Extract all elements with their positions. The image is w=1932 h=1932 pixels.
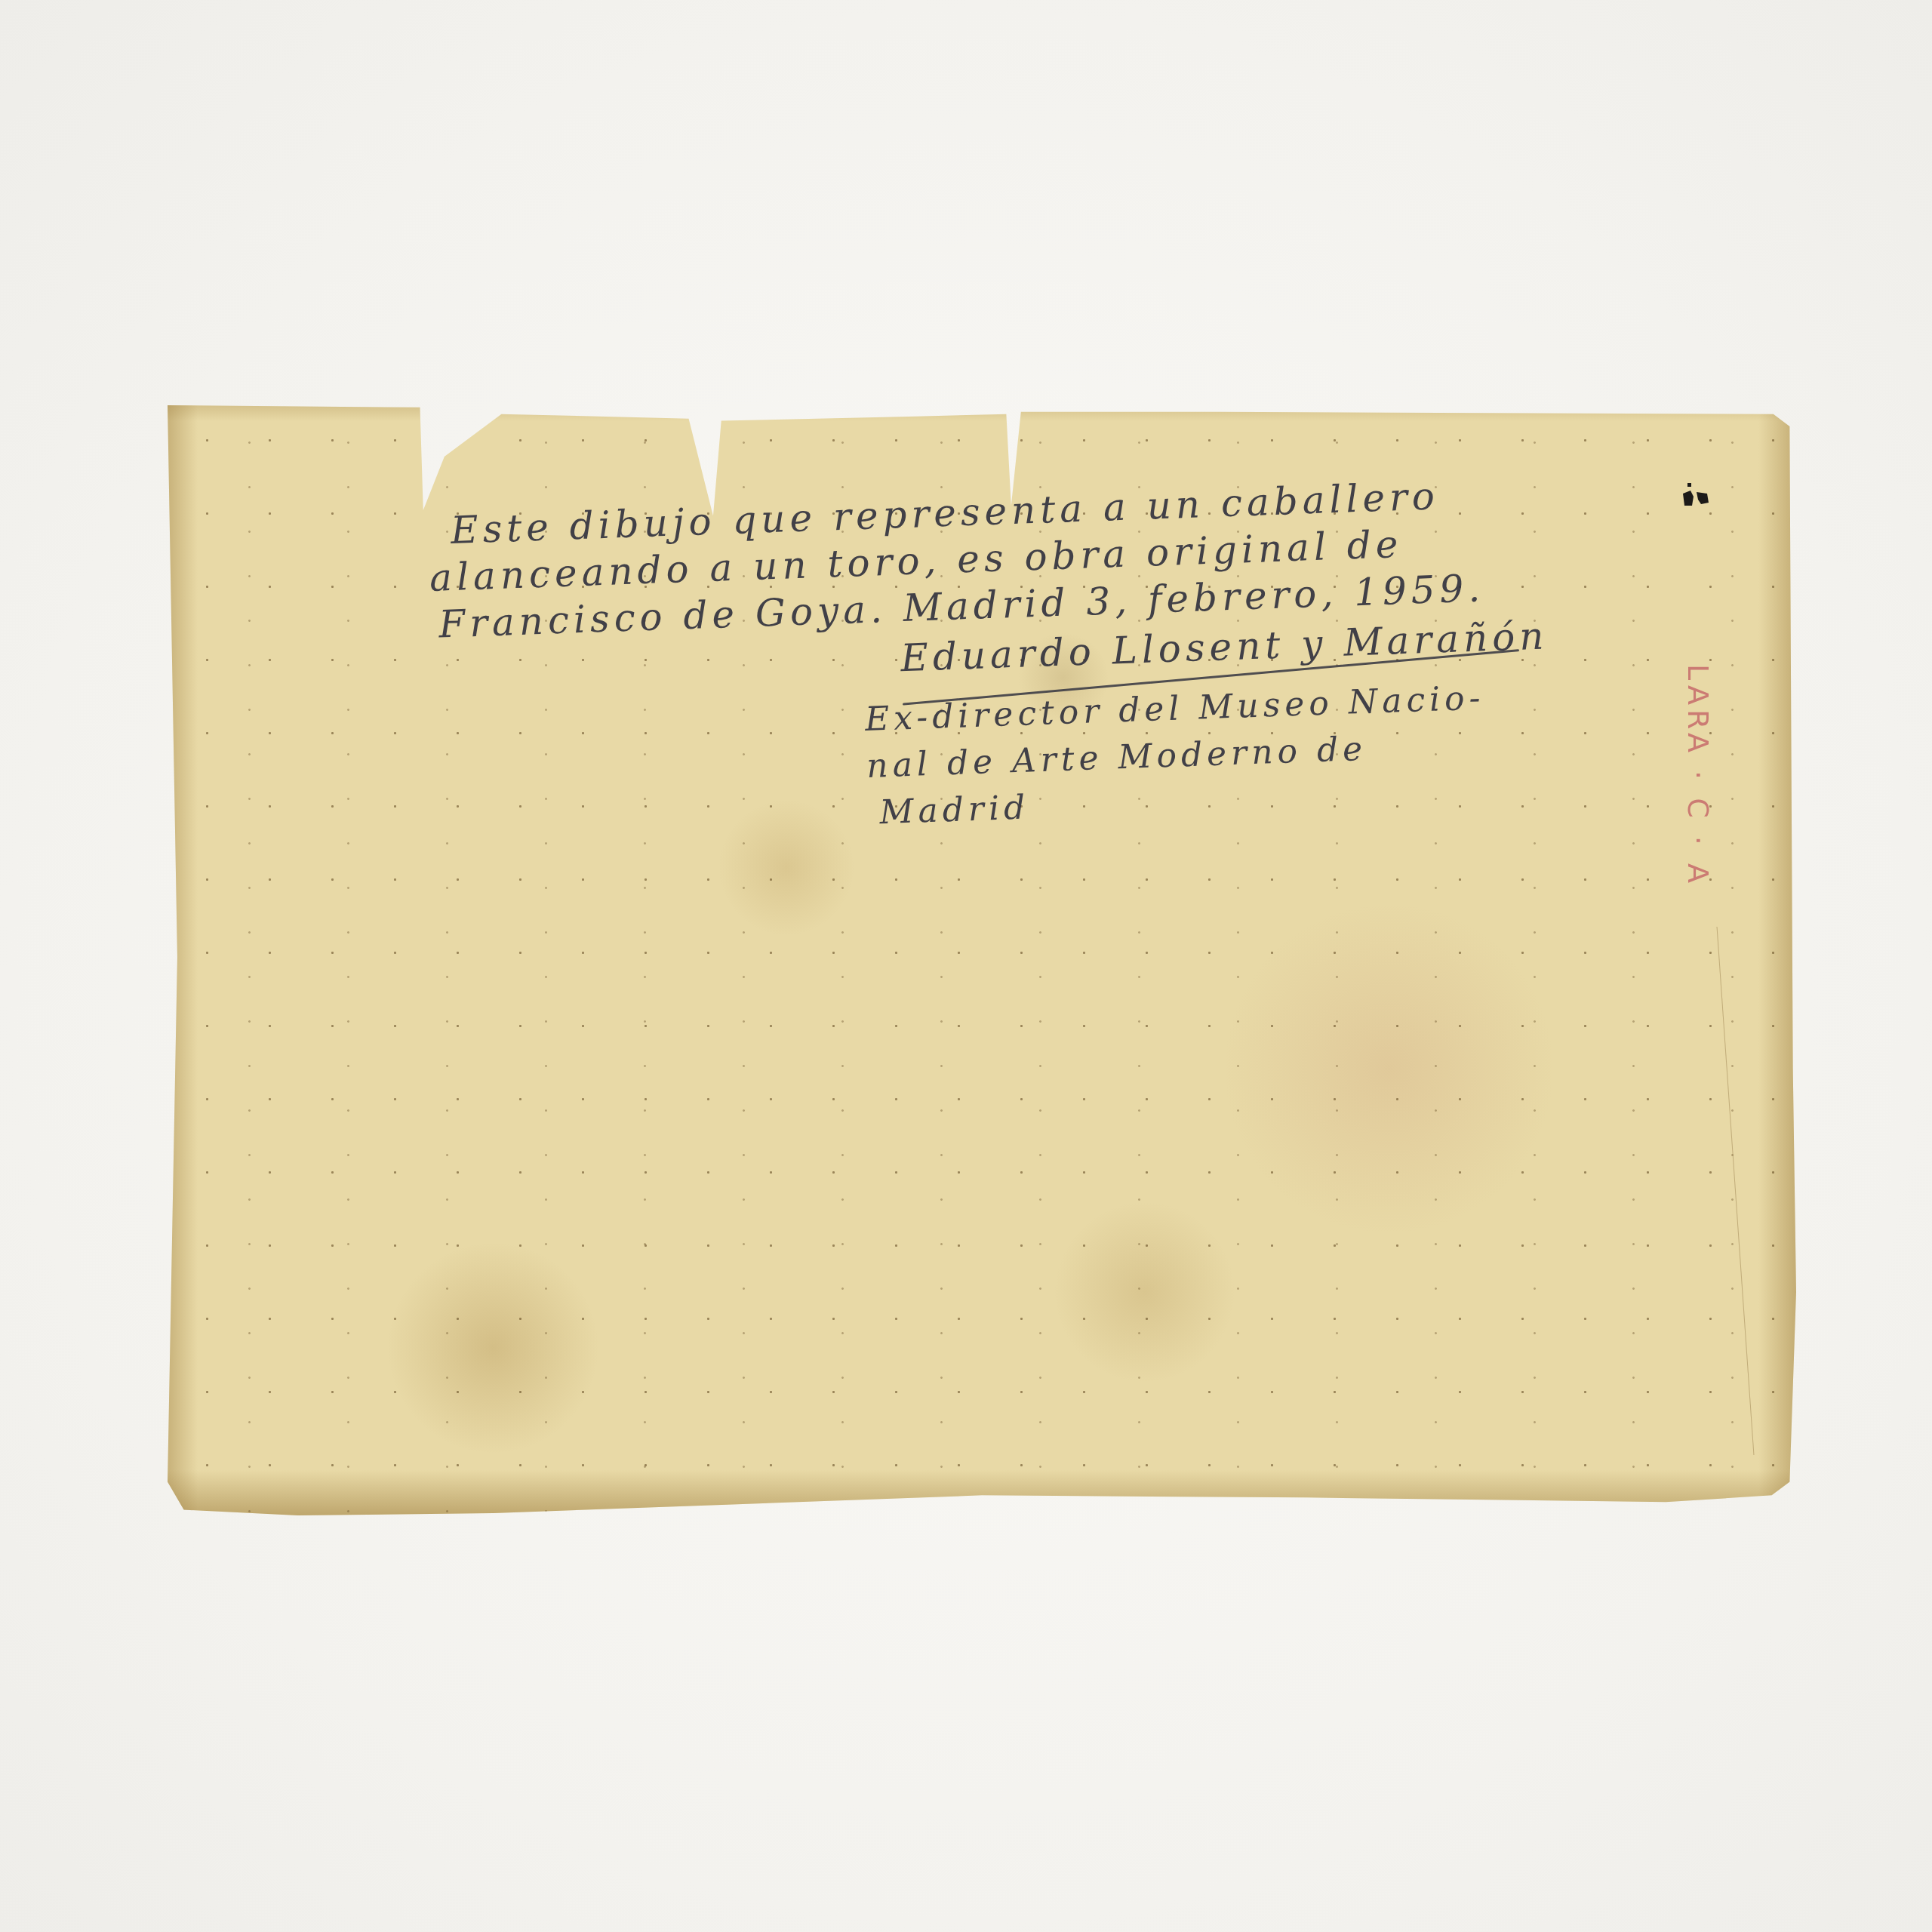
ink-blot-icon bbox=[1681, 483, 1712, 510]
handwritten-attestation: Este dibujo que representa a un caballer… bbox=[450, 469, 1548, 851]
collector-stamp: LARA · C · A bbox=[1681, 664, 1715, 888]
